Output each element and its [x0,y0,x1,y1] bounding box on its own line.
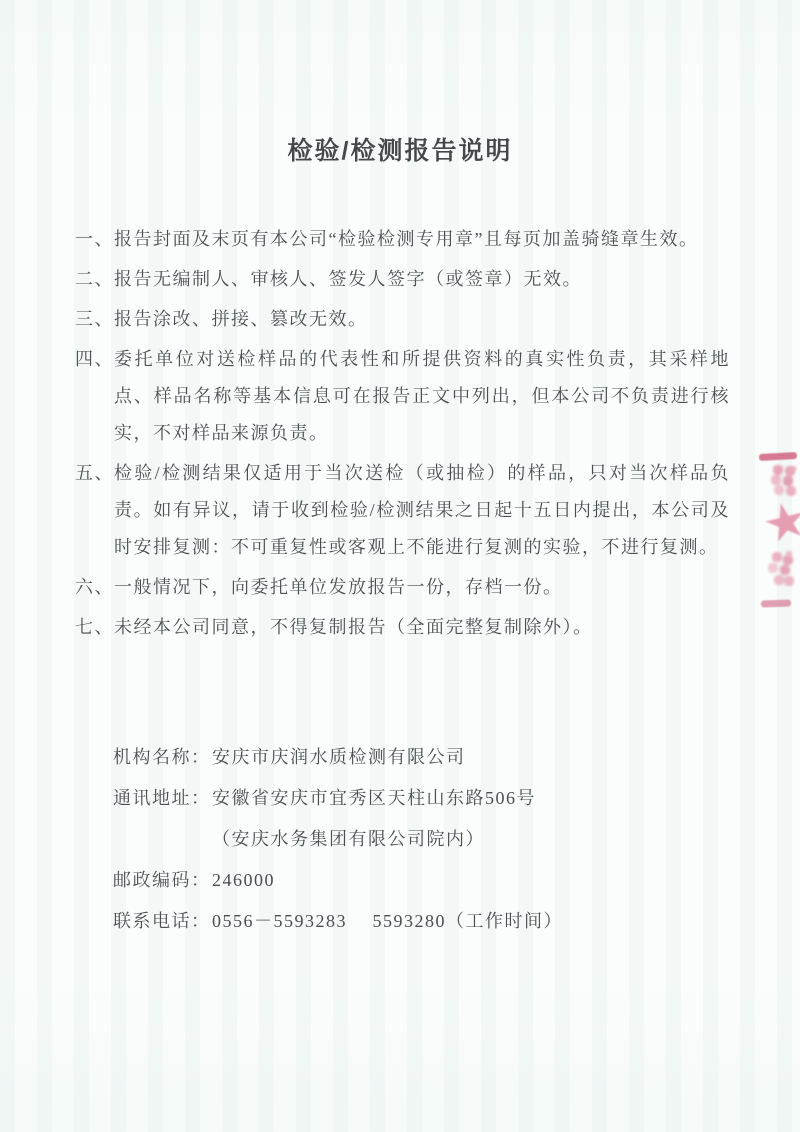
notes-list: 一、 报告封面及末页有本公司“检验检测专用章”且每页加盖骑缝章生效。 二、 报告… [75,221,730,649]
note-item-4: 四、 委托单位对送检样品的代表性和所提供资料的真实性负责，其采样地点、样品名称等… [75,341,730,452]
seal-top-bar [759,452,797,461]
note-item-3: 三、 报告涂改、拼接、篡改无效。 [75,301,730,338]
note-item-number: 六、 [75,569,114,606]
note-item-7: 七、 未经本公司同意，不得复制报告（全面完整复制除外）。 [75,609,730,646]
note-item-text: 报告无编制人、审核人、签发人签字（或签章）无效。 [114,261,730,298]
seal-bottom-bar [761,599,791,607]
note-item-number: 一、 [75,221,114,258]
contact-value: 246000 [212,860,673,901]
contact-label: 联系电话： [113,901,212,942]
note-item-text: 检验/检测结果仅适用于当次送检（或抽检）的样品，只对当次样品负责。如有异议，请于… [114,455,730,566]
seal-ink-smudge [786,551,792,557]
scanned-report-notes-page: 检验/检测报告说明 一、 报告封面及末页有本公司“检验检测专用章”且每页加盖骑缝… [0,0,800,1132]
note-item-2: 二、 报告无编制人、审核人、签发人签字（或签章）无效。 [75,261,730,298]
red-paging-seal: ★ [752,449,800,611]
contact-row-postal-code: 邮政编码： 246000 [113,860,673,901]
contact-label: 邮政编码： [113,860,212,901]
note-item-5: 五、 检验/检测结果仅适用于当次送检（或抽检）的样品，只对当次样品负责。如有异议… [75,455,730,566]
contact-value: 安庆市庆润水质检测有限公司 [212,737,673,778]
note-item-text: 未经本公司同意，不得复制报告（全面完整复制除外）。 [114,609,730,646]
contact-row-phone: 联系电话： 0556－5593283 5593280（工作时间） [113,901,673,942]
note-item-6: 六、 一般情况下，向委托单位发放报告一份，存档一份。 [75,569,730,606]
note-item-text: 报告封面及末页有本公司“检验检测专用章”且每页加盖骑缝章生效。 [114,221,730,258]
note-item-text: 委托单位对送检样品的代表性和所提供资料的真实性负责，其采样地点、样品名称等基本信… [114,341,730,452]
note-item-number: 二、 [75,261,114,298]
contact-label: 机构名称： [113,737,212,778]
note-item-number: 四、 [75,341,114,452]
note-item-number: 三、 [75,301,114,338]
note-item-text: 报告涂改、拼接、篡改无效。 [114,301,730,338]
contact-value: 安徽省安庆市宜秀区天柱山东路506号 （安庆水务集团有限公司院内） [212,778,673,860]
note-item-1: 一、 报告封面及末页有本公司“检验检测专用章”且每页加盖骑缝章生效。 [75,221,730,258]
contact-info-block: 机构名称： 安庆市庆润水质检测有限公司 通讯地址： 安徽省安庆市宜秀区天柱山东路… [113,737,673,942]
contact-row-org-name: 机构名称： 安庆市庆润水质检测有限公司 [113,737,673,778]
page-title: 检验/检测报告说明 [0,131,800,167]
note-item-number: 七、 [75,609,114,646]
contact-label: 通讯地址： [113,778,212,860]
contact-row-address: 通讯地址： 安徽省安庆市宜秀区天柱山东路506号 （安庆水务集团有限公司院内） [113,778,673,860]
star-icon: ★ [757,490,800,553]
contact-value: 0556－5593283 5593280（工作时间） [212,901,673,942]
seal-ink-smudge [790,466,796,472]
note-item-text: 一般情况下，向委托单位发放报告一份，存档一份。 [114,569,730,606]
note-item-number: 五、 [75,455,114,566]
